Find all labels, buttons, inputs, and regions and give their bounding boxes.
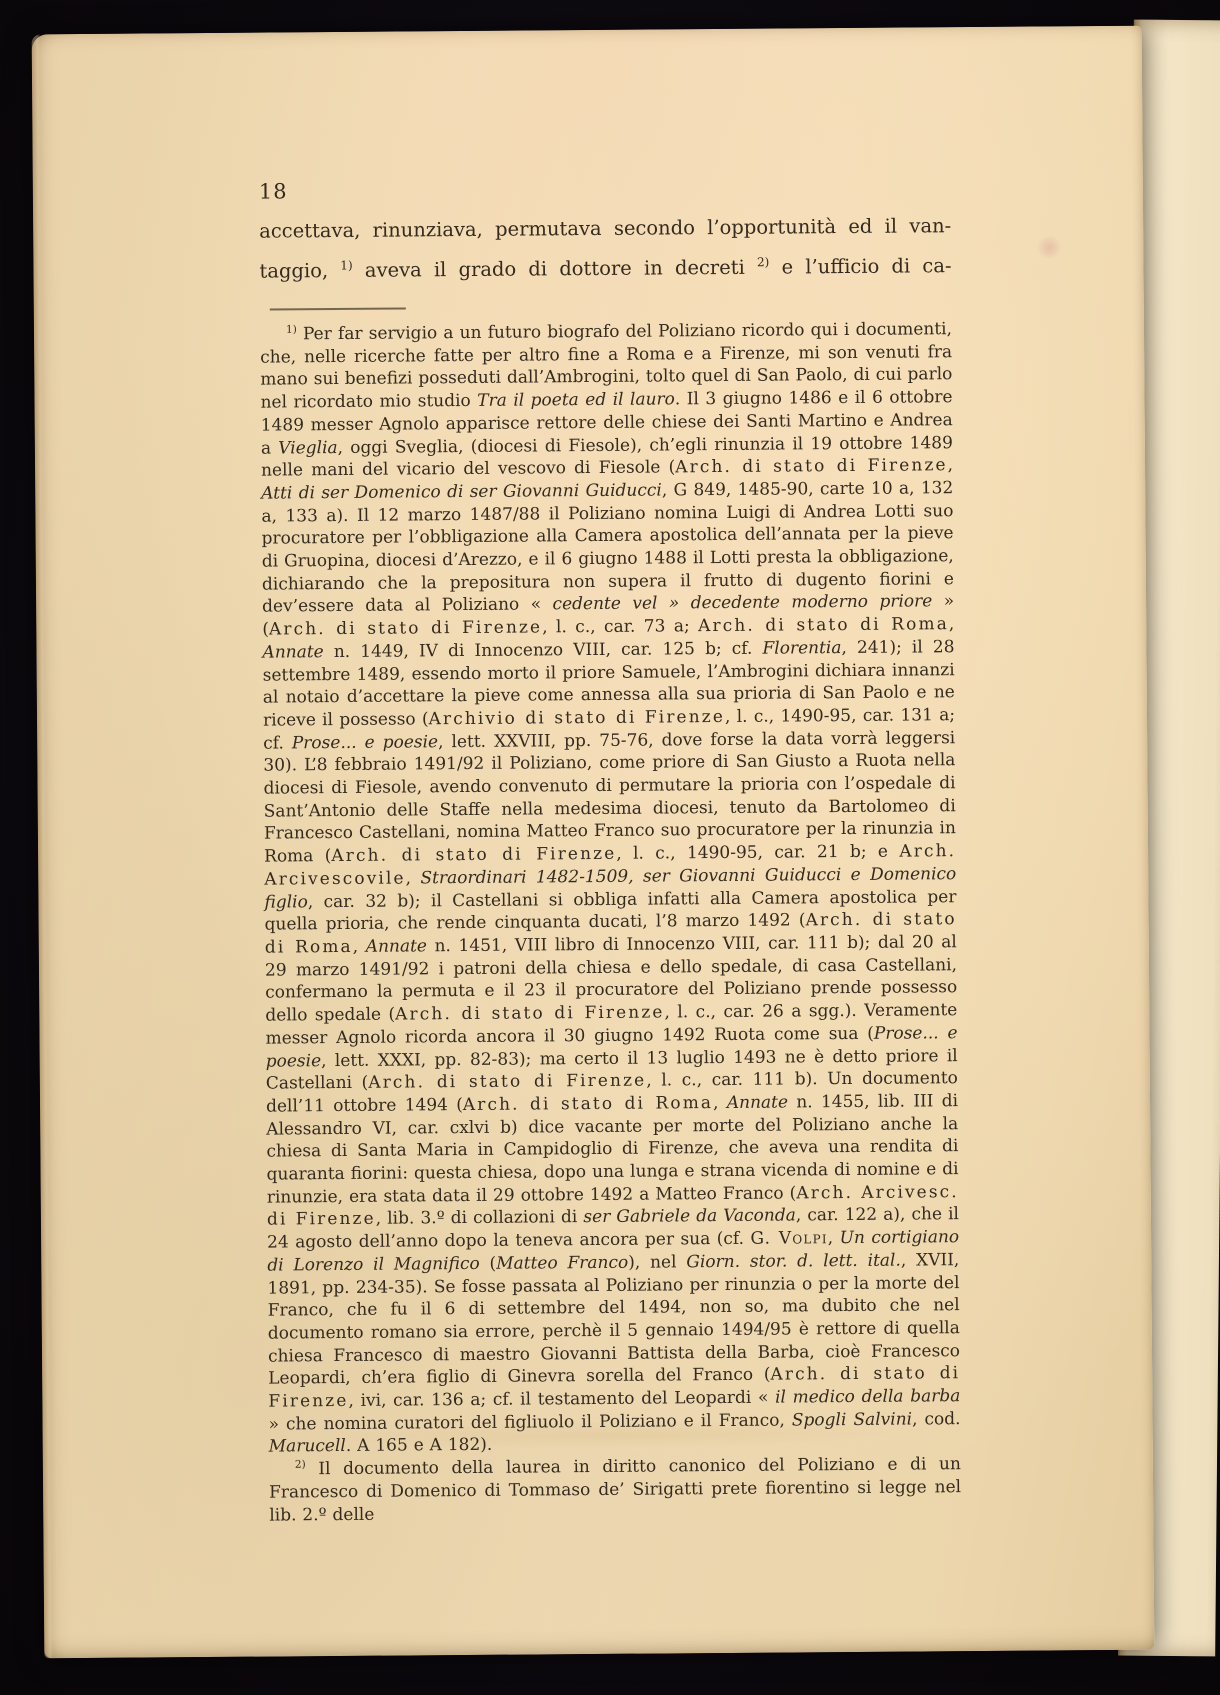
text-run: Arch. di stato di Firenze [269,618,542,640]
text-run: Arch. di stato di Firenze [675,455,948,477]
text-run: ), nel [628,1252,686,1272]
book-page: 18 accettava, rinunziava, permutava seco… [32,26,1155,1659]
text-run: Prose... e poesie [292,732,438,753]
text-run: , cod. [912,1409,961,1429]
text-run: , [828,1228,840,1248]
text-run: il medico della barba [775,1386,960,1407]
text-run: Tra il poeta ed il lauro [477,389,675,411]
text-run: Arch. di stato di Roma [698,614,949,636]
text-run: Arch. di stato di Roma [463,1093,713,1115]
text-run: Arch. di stato di Firenze [331,844,616,866]
text-run: Arch. di stato di Firenze [368,1071,646,1093]
text-run: Arch. di stato di Firenze [395,1003,665,1025]
text-run: cedente vel » decedente moderno priore [552,592,932,615]
text-run: , [353,937,366,957]
text-run: Annate [366,936,427,956]
text-run: , ivi, car. 136 a; cf. il testamento del… [348,1388,775,1411]
page-number: 18 [259,173,951,204]
footnote-separator [270,307,406,310]
text-run: e l’ufficio di ca- [769,254,951,278]
text-run: Vieglia [278,438,338,458]
footnote-marker: 2) [757,255,770,269]
text-run: , [948,455,954,475]
text-run: ser Gabriele da Vaconda [583,1206,796,1228]
text-run: , l. c., car. 73 a; [542,616,698,637]
text-run: accettava, rinunziava, permutava secondo… [259,214,951,242]
text-run: Annate [727,1092,788,1112]
text-run: Florentia [762,638,841,659]
text-run: Annate [262,642,323,662]
text-run: Marucell [269,1436,346,1457]
text-run: » che nomina curatori del figliuolo il P… [268,1410,791,1434]
text-run: Giorn. stor. d. lett. ital. [686,1250,901,1272]
footnote: 2) Il documento della laurea in diritto … [269,1453,962,1527]
text-run: aveva il grado di dottore in decreti [353,256,757,282]
footnote-marker: 1) [340,258,353,272]
text-run: Archivio di stato di Firenze [428,707,725,729]
text-run: Matteo Franco [496,1253,628,1274]
footnote-marker: 2) [295,1459,306,1471]
footnotes-block: 1) Per far servigio a un futuro biografo… [260,318,961,1527]
text-run: , [713,1093,727,1113]
text-run: , [949,614,955,634]
text-run: , l. c., 1490-95, car. 21 b; e [616,842,899,864]
text-run: G. Volpi [750,1228,827,1249]
text-run: . A 165 e A 182). [346,1435,493,1456]
text-run: ( [480,1254,497,1274]
text-run: n. 1449, IV di Innocenzo VIII, car. 125 … [324,639,763,662]
scan-background: 18 accettava, rinunziava, permutava seco… [0,0,1220,1695]
text-run: Atti di ser Domenico di ser Giovanni Gui… [261,480,662,503]
text-run: Il documento della laurea in diritto can… [269,1454,961,1525]
main-paragraph: accettava, rinunziava, permutava secondo… [259,206,952,291]
text-run: Spogli Salvini [792,1409,912,1430]
text-run: , lib. 3.º di collazioni di [376,1208,584,1230]
body-line: accettava, rinunziava, permutava secondo… [259,206,951,251]
page-content: 18 accettava, rinunziava, permutava seco… [259,173,962,1527]
page-stain [1035,236,1063,258]
text-run: , [406,868,421,888]
footnote-marker: 1) [286,324,297,336]
footnote: 1) Per far servigio a un futuro biografo… [260,318,961,1459]
body-line: taggio, 1) aveva il grado di dottore in … [259,246,951,291]
text-run: taggio, [259,259,340,283]
